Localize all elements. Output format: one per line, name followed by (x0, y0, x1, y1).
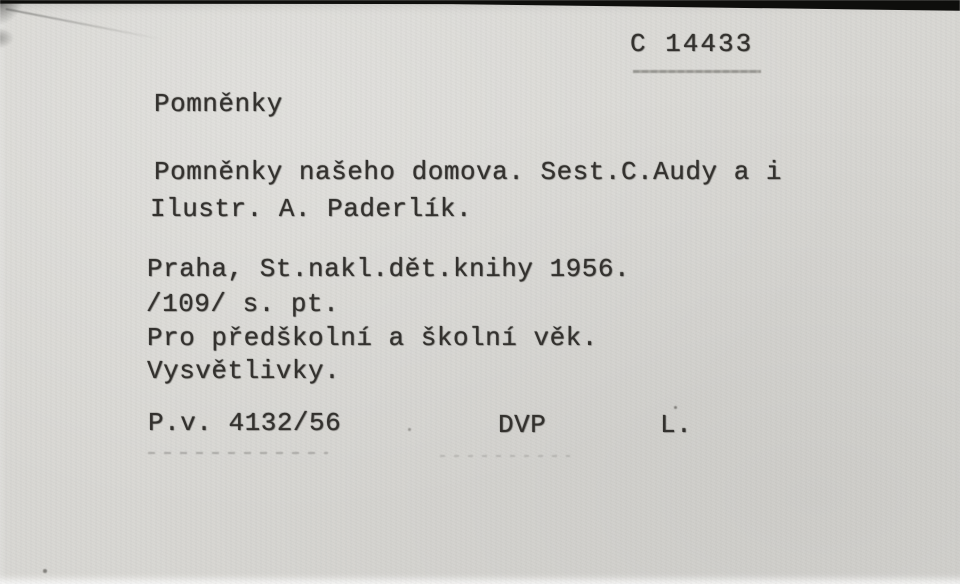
noise-speck (408, 428, 411, 431)
corner-scratch (6, 8, 163, 40)
imprint-line3: Pro předškolní a školní věk. (147, 325, 598, 351)
registration-number: P.v. 4132/56 (148, 410, 341, 436)
imprint-line2: /109/ s. pt. (146, 291, 339, 317)
catalog-number: C 14433 (630, 31, 753, 57)
faint-smudge (148, 452, 328, 454)
imprint-line4: Vysvětlivky. (147, 358, 340, 384)
library-catalog-card: C 14433 Pomněnky Pomněnky našeho domova.… (0, 0, 960, 584)
footer-initial: L. (660, 412, 692, 438)
scan-film-edge (0, 0, 960, 12)
imprint-line1: Praha, St.nakl.dět.knihy 1956. (147, 256, 630, 282)
noise-speck (674, 406, 677, 409)
catalog-number-underline (633, 70, 761, 73)
noise-speck (43, 569, 47, 573)
paper-grain-texture (0, 0, 960, 584)
footer-code: DVP (498, 412, 546, 438)
faint-smudge (440, 455, 570, 457)
title-statement-line2: Ilustr. A. Paderlík. (150, 196, 472, 222)
card-heading: Pomněnky (154, 91, 283, 117)
title-statement-line1: Pomněnky našeho domova. Sest.C.Audy a i (154, 159, 782, 185)
corner-smudge (0, 0, 60, 70)
